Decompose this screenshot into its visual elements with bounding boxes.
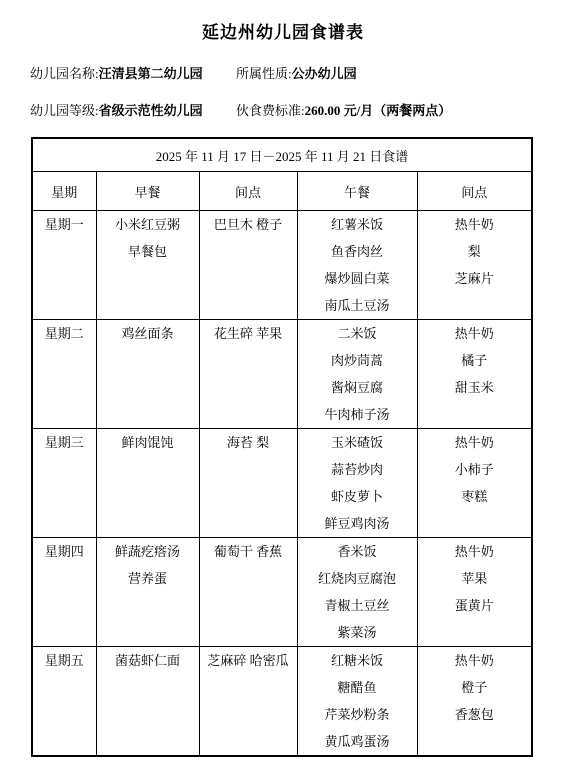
breakfast-cell: 鸡丝面条 <box>96 320 199 429</box>
dish-line: 红薯米饭 <box>298 211 417 238</box>
dish-line: 巴旦木 橙子 <box>200 211 297 238</box>
table-header-row: 星期 早餐 间点 午餐 间点 <box>32 172 532 211</box>
dish-line: 甜玉米 <box>418 374 532 401</box>
meal-fee-field: 伙食费标准:260.00 元/月（两餐两点） <box>236 100 451 119</box>
dish-line: 芝麻片 <box>418 265 532 292</box>
dish-line: 花生碎 苹果 <box>200 320 297 347</box>
document-page: 延边州幼儿园食谱表 幼儿园名称:汪清县第二幼儿园 所属性质:公办幼儿园 幼儿园等… <box>0 0 566 770</box>
morning-snack-cell: 巴旦木 橙子 <box>199 211 297 320</box>
grade-label: 幼儿园等级: <box>30 103 99 118</box>
grade-field: 幼儿园等级:省级示范性幼儿园 <box>30 100 236 119</box>
dish-line: 小柿子 <box>418 456 532 483</box>
day-cell: 星期二 <box>32 320 96 429</box>
dish-line: 紫菜汤 <box>298 619 417 646</box>
afternoon-snack-cell: 热牛奶苹果蛋黄片 <box>417 538 532 647</box>
dish-line: 苹果 <box>418 565 532 592</box>
ownership-label: 所属性质: <box>236 66 292 81</box>
col-header-morning-snack: 间点 <box>199 172 297 211</box>
dish-line: 芹菜炒粉条 <box>298 701 417 728</box>
page-title: 延边州幼儿园食谱表 <box>0 18 566 43</box>
breakfast-cell: 菌菇虾仁面 <box>96 647 199 757</box>
dish-line: 营养蛋 <box>97 565 199 592</box>
dish-line: 橘子 <box>418 347 532 374</box>
info-row-2: 幼儿园等级:省级示范性幼儿园 伙食费标准:260.00 元/月（两餐两点） <box>30 100 566 119</box>
dish-line: 芝麻碎 哈密瓜 <box>200 647 297 674</box>
table-row: 星期三 鲜肉馄饨 海苔 梨 玉米碴饭蒜苔炒肉虾皮萝卜鲜豆鸡肉汤 热牛奶小柿子枣糕 <box>32 429 532 538</box>
dish-line: 青椒土豆丝 <box>298 592 417 619</box>
dish-line: 红糖米饭 <box>298 647 417 674</box>
day-cell: 星期四 <box>32 538 96 647</box>
dish-line: 肉炒茼蒿 <box>298 347 417 374</box>
day-cell: 星期三 <box>32 429 96 538</box>
kindergarten-info: 幼儿园名称:汪清县第二幼儿园 所属性质:公办幼儿园 幼儿园等级:省级示范性幼儿园… <box>30 63 566 119</box>
dish-line: 香米饭 <box>298 538 417 565</box>
dish-line: 鸡丝面条 <box>97 320 199 347</box>
grade-value: 省级示范性幼儿园 <box>99 103 203 118</box>
dish-line: 海苔 梨 <box>200 429 297 456</box>
dish-line: 菌菇虾仁面 <box>97 647 199 674</box>
breakfast-cell: 鲜肉馄饨 <box>96 429 199 538</box>
ownership-field: 所属性质:公办幼儿园 <box>236 63 357 82</box>
morning-snack-cell: 葡萄干 香蕉 <box>199 538 297 647</box>
afternoon-snack-cell: 热牛奶梨芝麻片 <box>417 211 532 320</box>
dish-line: 南瓜土豆汤 <box>298 292 417 319</box>
ownership-value: 公办幼儿园 <box>292 66 357 81</box>
dish-line: 蒜苔炒肉 <box>298 456 417 483</box>
afternoon-snack-cell: 热牛奶小柿子枣糕 <box>417 429 532 538</box>
lunch-cell: 红糖米饭糖醋鱼芹菜炒粉条黄瓜鸡蛋汤 <box>297 647 417 757</box>
dish-line: 酱焖豆腐 <box>298 374 417 401</box>
dish-line: 小米红豆粥 <box>97 211 199 238</box>
afternoon-snack-cell: 热牛奶橙子香葱包 <box>417 647 532 757</box>
breakfast-cell: 鲜蔬疙瘩汤营养蛋 <box>96 538 199 647</box>
breakfast-cell: 小米红豆粥早餐包 <box>96 211 199 320</box>
table-row: 星期二 鸡丝面条 花生碎 苹果 二米饭肉炒茼蒿酱焖豆腐牛肉柿子汤 热牛奶橘子甜玉… <box>32 320 532 429</box>
table-row: 星期一 小米红豆粥早餐包 巴旦木 橙子 红薯米饭鱼香肉丝爆炒圆白菜南瓜土豆汤 热… <box>32 211 532 320</box>
dish-line: 鲜豆鸡肉汤 <box>298 510 417 537</box>
dish-line: 热牛奶 <box>418 320 532 347</box>
kindergarten-name-value: 汪清县第二幼儿园 <box>99 66 203 81</box>
lunch-cell: 香米饭红烧肉豆腐泡青椒土豆丝紫菜汤 <box>297 538 417 647</box>
col-header-breakfast: 早餐 <box>96 172 199 211</box>
col-header-lunch: 午餐 <box>297 172 417 211</box>
dish-line: 爆炒圆白菜 <box>298 265 417 292</box>
dish-line: 橙子 <box>418 674 532 701</box>
table-caption-row: 2025 年 11 月 17 日－2025 年 11 月 21 日食谱 <box>32 138 532 172</box>
dish-line: 虾皮萝卜 <box>298 483 417 510</box>
info-row-1: 幼儿园名称:汪清县第二幼儿园 所属性质:公办幼儿园 <box>30 63 566 82</box>
lunch-cell: 二米饭肉炒茼蒿酱焖豆腐牛肉柿子汤 <box>297 320 417 429</box>
kindergarten-name-field: 幼儿园名称:汪清县第二幼儿园 <box>30 63 236 82</box>
dish-line: 牛肉柿子汤 <box>298 401 417 428</box>
dish-line: 玉米碴饭 <box>298 429 417 456</box>
kindergarten-name-label: 幼儿园名称: <box>30 66 99 81</box>
day-cell: 星期五 <box>32 647 96 757</box>
col-header-afternoon-snack: 间点 <box>417 172 532 211</box>
table-caption: 2025 年 11 月 17 日－2025 年 11 月 21 日食谱 <box>32 138 532 172</box>
table-row: 星期五 菌菇虾仁面 芝麻碎 哈密瓜 红糖米饭糖醋鱼芹菜炒粉条黄瓜鸡蛋汤 热牛奶橙… <box>32 647 532 757</box>
col-header-day: 星期 <box>32 172 96 211</box>
dish-line: 二米饭 <box>298 320 417 347</box>
dish-line: 热牛奶 <box>418 538 532 565</box>
day-cell: 星期一 <box>32 211 96 320</box>
menu-table: 2025 年 11 月 17 日－2025 年 11 月 21 日食谱 星期 早… <box>31 137 533 757</box>
lunch-cell: 玉米碴饭蒜苔炒肉虾皮萝卜鲜豆鸡肉汤 <box>297 429 417 538</box>
dish-line: 枣糕 <box>418 483 532 510</box>
dish-line: 鲜蔬疙瘩汤 <box>97 538 199 565</box>
dish-line: 糖醋鱼 <box>298 674 417 701</box>
meal-fee-value: 260.00 元/月（两餐两点） <box>305 103 452 118</box>
morning-snack-cell: 海苔 梨 <box>199 429 297 538</box>
table-row: 星期四 鲜蔬疙瘩汤营养蛋 葡萄干 香蕉 香米饭红烧肉豆腐泡青椒土豆丝紫菜汤 热牛… <box>32 538 532 647</box>
morning-snack-cell: 芝麻碎 哈密瓜 <box>199 647 297 757</box>
dish-line: 热牛奶 <box>418 647 532 674</box>
dish-line: 梨 <box>418 238 532 265</box>
dish-line: 红烧肉豆腐泡 <box>298 565 417 592</box>
dish-line: 鲜肉馄饨 <box>97 429 199 456</box>
morning-snack-cell: 花生碎 苹果 <box>199 320 297 429</box>
dish-line: 蛋黄片 <box>418 592 532 619</box>
lunch-cell: 红薯米饭鱼香肉丝爆炒圆白菜南瓜土豆汤 <box>297 211 417 320</box>
dish-line: 热牛奶 <box>418 211 532 238</box>
dish-line: 葡萄干 香蕉 <box>200 538 297 565</box>
meal-fee-label: 伙食费标准: <box>236 103 305 118</box>
dish-line: 香葱包 <box>418 701 532 728</box>
dish-line: 热牛奶 <box>418 429 532 456</box>
dish-line: 鱼香肉丝 <box>298 238 417 265</box>
afternoon-snack-cell: 热牛奶橘子甜玉米 <box>417 320 532 429</box>
dish-line: 黄瓜鸡蛋汤 <box>298 728 417 755</box>
dish-line: 早餐包 <box>97 238 199 265</box>
